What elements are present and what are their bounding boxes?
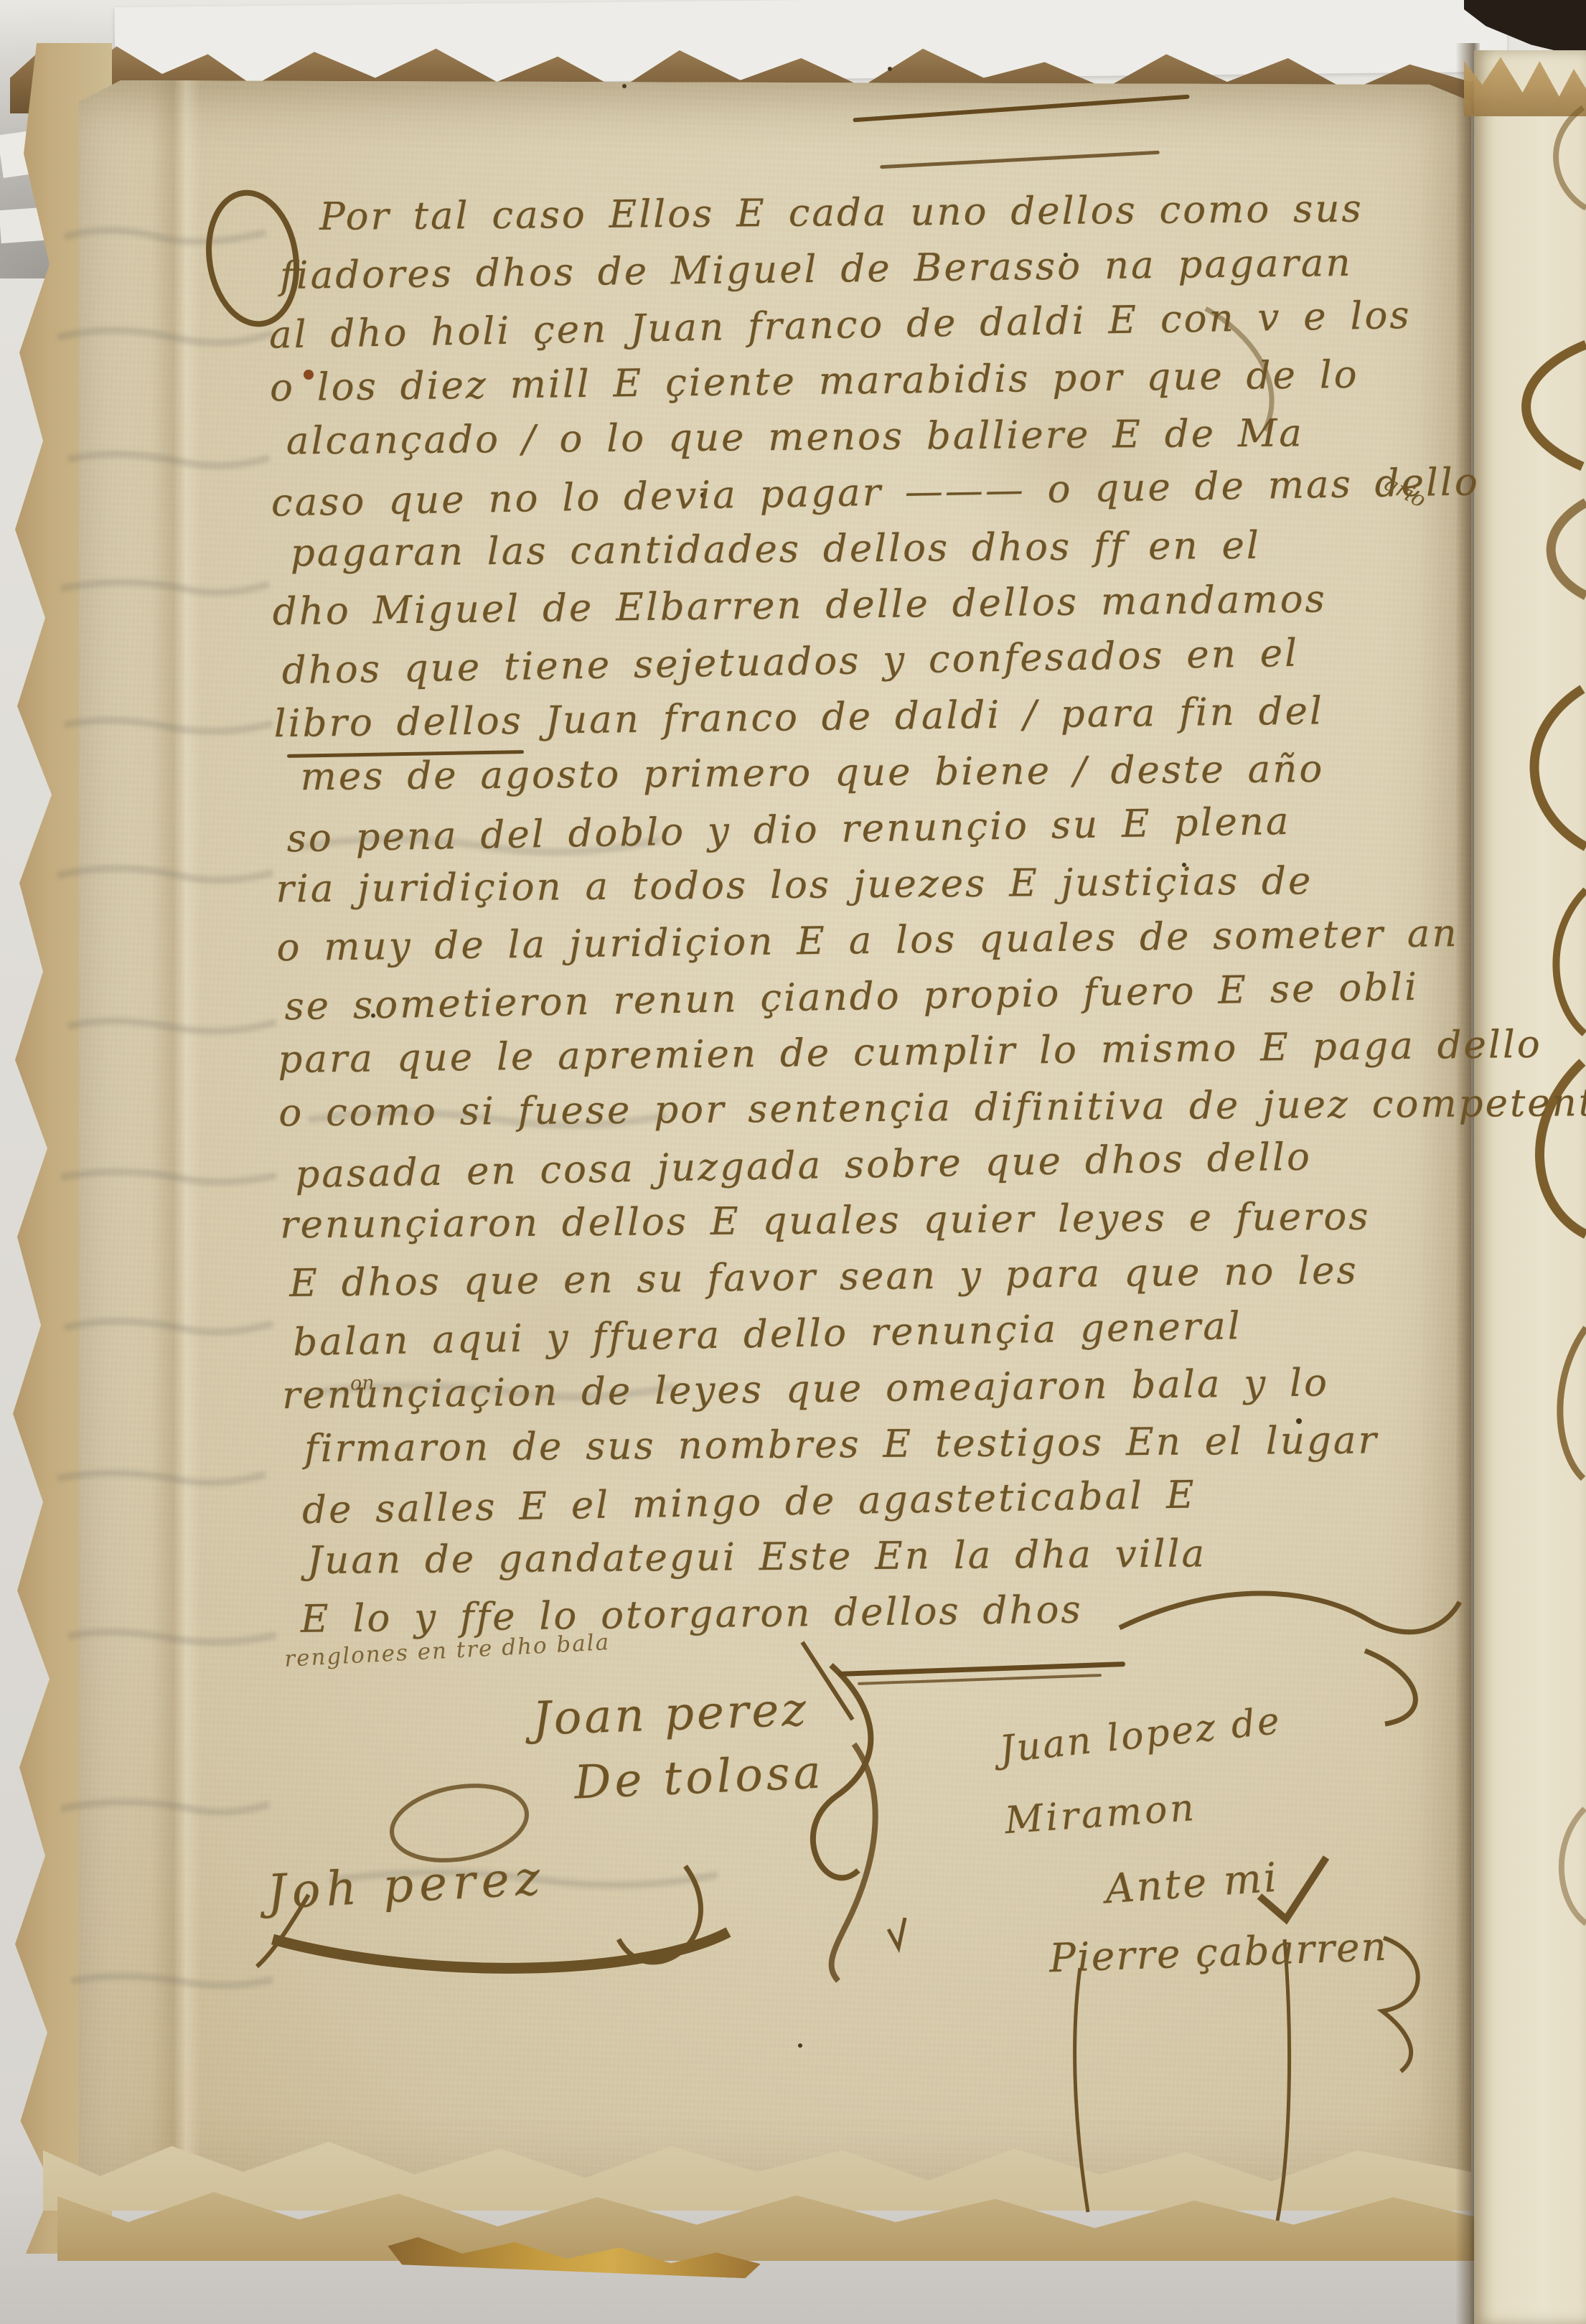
manuscript-line-19: renunçiaron dellos E quales quier leyes … — [280, 1188, 1479, 1253]
manuscript-text-block: Por tal caso Ellos E cada uno dellos com… — [268, 178, 1484, 1648]
manuscript-line-1: Por tal caso Ellos E cada uno dellos com… — [319, 180, 1467, 245]
signature-joan-perez-line2: De tolosa — [573, 1746, 826, 1809]
manuscript-line-7: pagaran las cantidades dellos dhos ff en… — [291, 516, 1471, 581]
manuscript-scan: Por tal caso Ellos E cada uno dellos com… — [0, 0, 1586, 2324]
notary-signature-flourish — [888, 1857, 1418, 2221]
manuscript-line-13: ria juridiçion a todos los juezes E just… — [276, 852, 1475, 917]
manuscript-line-25: Juan de gandategui Este En la dha villa — [307, 1524, 1483, 1589]
next-leaf-ink-fragments — [1526, 108, 1586, 1924]
superscript-note: on — [349, 1372, 375, 1395]
signature-joan-perez-line1: Joan perez — [532, 1683, 810, 1746]
